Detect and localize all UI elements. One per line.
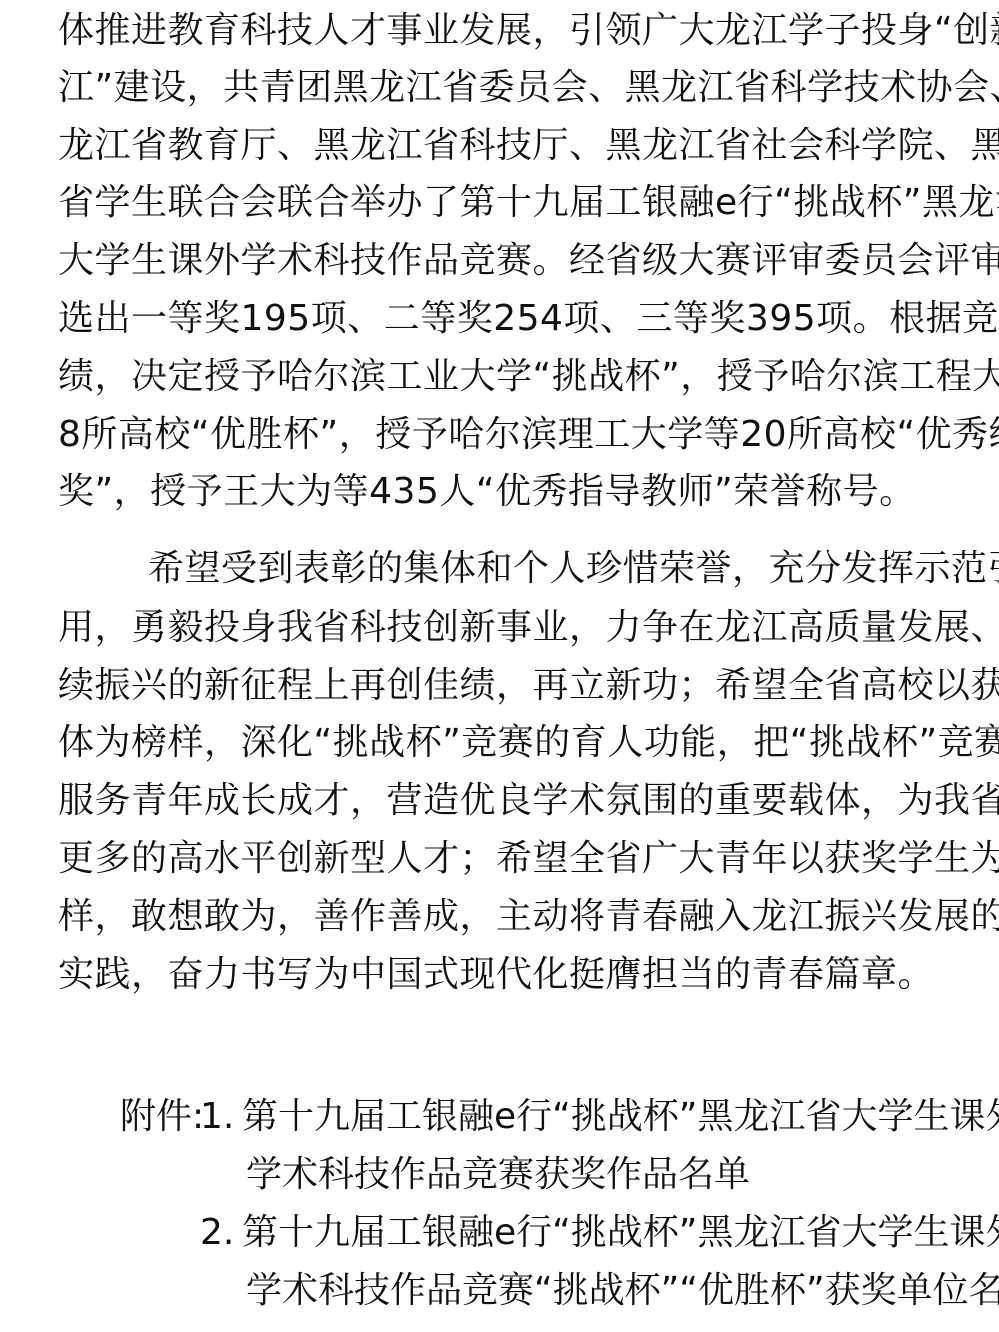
text-line: 体推进教育科技人才事业发展，引领广大龙江学子投身“创新龙 (58, 2, 926, 59)
text-line: 用，勇毅投身我省科技创新事业，力争在龙江高质量发展、可持 (58, 599, 926, 656)
text-line: 更多的高水平创新型人才；希望全省广大青年以获奖学生为榜 (58, 830, 926, 887)
attachment-1-title[interactable]: 第十九届工银融e行“挑战杯”黑龙江省大学生课外 (242, 1088, 926, 1145)
attachment-number: 2. (200, 1204, 234, 1261)
text-line: 8所高校“优胜杯”，授予哈尔滨理工大学等20所高校“优秀组织 (58, 406, 926, 463)
text-line: 奖”，授予王大为等435人“优秀指导教师”荣誉称号。 (58, 463, 926, 520)
attachments-label: 附件: (120, 1088, 204, 1145)
text-line: 省学生联合会联合举办了第十九届工银融e行“挑战杯”黑龙江省 (58, 174, 926, 231)
text-line: 希望受到表彰的集体和个人珍惜荣誉，充分发挥示范引领作 (148, 540, 926, 597)
text-line: 龙江省教育厅、黑龙江省科技厅、黑龙江省社会科学院、黑龙江 (58, 117, 926, 174)
text-line: 实践，奋力书写为中国式现代化挺膺担当的青春篇章。 (58, 946, 926, 1003)
text-line: 体为榜样，深化“挑战杯”竞赛的育人功能，把“挑战杯”竞赛作为 (58, 714, 926, 771)
text-line: 服务青年成长成才，营造优良学术氛围的重要载体，为我省培养 (58, 772, 926, 829)
text-line: 大学生课外学术科技作品竞赛。经省级大赛评审委员会评审，评 (58, 232, 926, 289)
text-line: 绩，决定授予哈尔滨工业大学“挑战杯”，授予哈尔滨工程大学等 (58, 348, 926, 405)
text-line: 选出一等奖195项、二等奖254项、三等奖395项。根据竞赛成 (58, 290, 926, 347)
attachment-2-title[interactable]: 第十九届工银融e行“挑战杯”黑龙江省大学生课外 (242, 1204, 926, 1261)
text-line: 续振兴的新征程上再创佳绩，再立新功；希望全省高校以获奖集 (58, 657, 926, 714)
attachment-2-title-cont[interactable]: 学术科技作品竞赛“挑战杯”“优胜杯”获奖单位名单 (246, 1262, 926, 1319)
attachment-number: 1. (200, 1088, 234, 1145)
attachment-1-title-cont[interactable]: 学术科技作品竞赛获奖作品名单 (246, 1146, 926, 1203)
text-line: 样，敢想敢为，善作善成，主动将青春融入龙江振兴发展的生动 (58, 888, 926, 945)
text-line: 江”建设，共青团黑龙江省委员会、黑龙江省科学技术协会、黑 (58, 59, 926, 116)
